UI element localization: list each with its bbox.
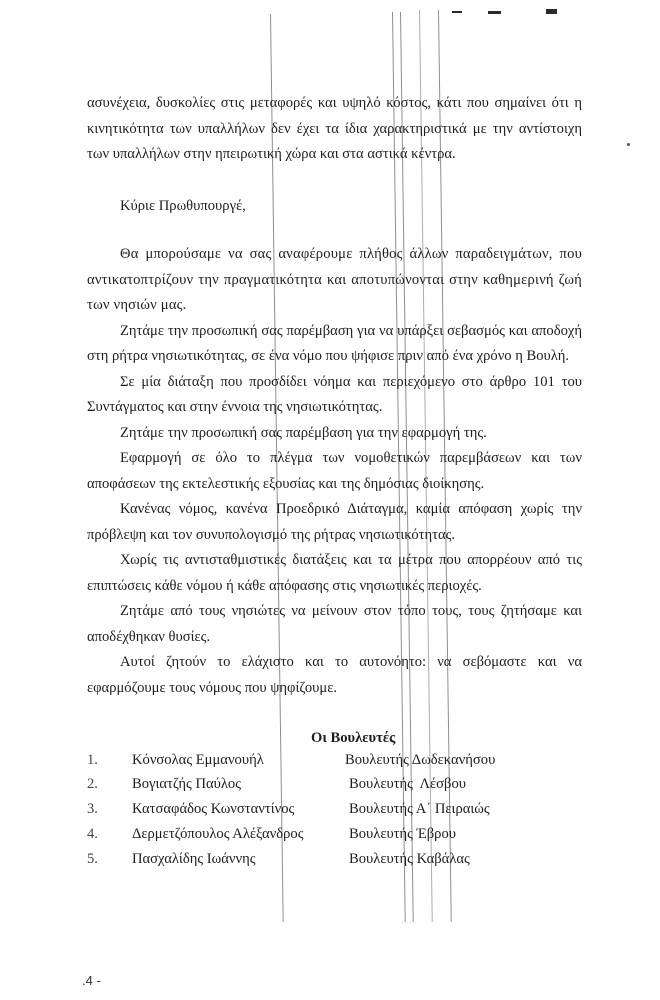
signer-role: Βουλευτής Έβρου [349,826,456,843]
page-number: .4 - [82,973,101,988]
paragraph: Κανένας νόμος, κανένα Προεδρικό Διάταγμα… [87,497,582,548]
body-paragraphs: Θα μπορούσαμε να σας αναφέρουμε πλήθος ά… [87,242,582,701]
signer-role: Βουλευτής Λέσβου [349,776,466,793]
paragraph: Εφαρμογή σε όλο το πλέγμα των νομοθετικώ… [87,446,582,497]
signer-number: 5. [87,851,98,868]
paragraph: ασυνέχεια, δυσκολίες στις μεταφορές και … [87,91,582,168]
signer-number: 1. [87,752,98,769]
paragraph: Θα μπορούσαμε να σας αναφέρουμε πλήθος ά… [87,242,582,319]
signer-name: Κατσαφάδος Κωνσταντίνος [132,801,294,818]
signer-row: 5. Πασχαλίδης Ιωάννης Βουλευτής Καβάλας [87,851,607,875]
paragraph: Ζητάμε την προσωπική σας παρέμβαση για ν… [87,319,582,370]
scan-mark [452,11,462,13]
signer-role: Βουλευτής Α΄ Πειραιώς [349,801,490,818]
signer-row: 3. Κατσαφάδος Κωνσταντίνος Βουλευτής Α΄ … [87,801,607,825]
signer-row: 4. Δερμετζόπουλος Αλέξανδρος Βουλευτής Έ… [87,826,607,850]
continuation-paragraph: ασυνέχεια, δυσκολίες στις μεταφορές και … [87,91,582,168]
paragraph: Ζητάμε την προσωπική σας παρέμβαση για τ… [87,421,582,447]
scan-mark [488,11,501,14]
signer-name: Δερμετζόπουλος Αλέξανδρος [132,826,304,843]
paragraph: Ζητάμε από τους νησιώτες να μείνουν στον… [87,599,582,650]
scanned-page: ασυνέχεια, δυσκολίες στις μεταφορές και … [0,0,660,1000]
signer-role: Βουλευτής Δωδεκανήσου [345,752,495,769]
signer-row: 1. Κόνσολας Εμμανουήλ Βουλευτής Δωδεκανή… [87,752,607,776]
signer-name: Πασχαλίδης Ιωάννης [132,851,256,868]
signer-number: 2. [87,776,98,793]
paragraph: Χωρίς τις αντισταθμιστικές διατάξεις και… [87,548,582,599]
signer-name: Κόνσολας Εμμανουήλ [132,752,264,769]
paragraph: Αυτοί ζητούν το ελάχιστο και το αυτονόητ… [87,650,582,701]
scan-speck [627,143,630,146]
signer-number: 3. [87,801,98,818]
paragraph: Σε μία διάταξη που προσδίδει νόημα και π… [87,370,582,421]
signers-title: Οι Βουλευτές [311,730,395,747]
scan-mark [546,9,557,14]
salutation: Κύριε Πρωθυπουργέ, [120,198,246,215]
signer-name: Βογιατζής Παύλος [132,776,241,793]
signer-number: 4. [87,826,98,843]
signer-role: Βουλευτής Καβάλας [349,851,470,868]
signer-row: 2. Βογιατζής Παύλος Βουλευτής Λέσβου [87,776,607,800]
